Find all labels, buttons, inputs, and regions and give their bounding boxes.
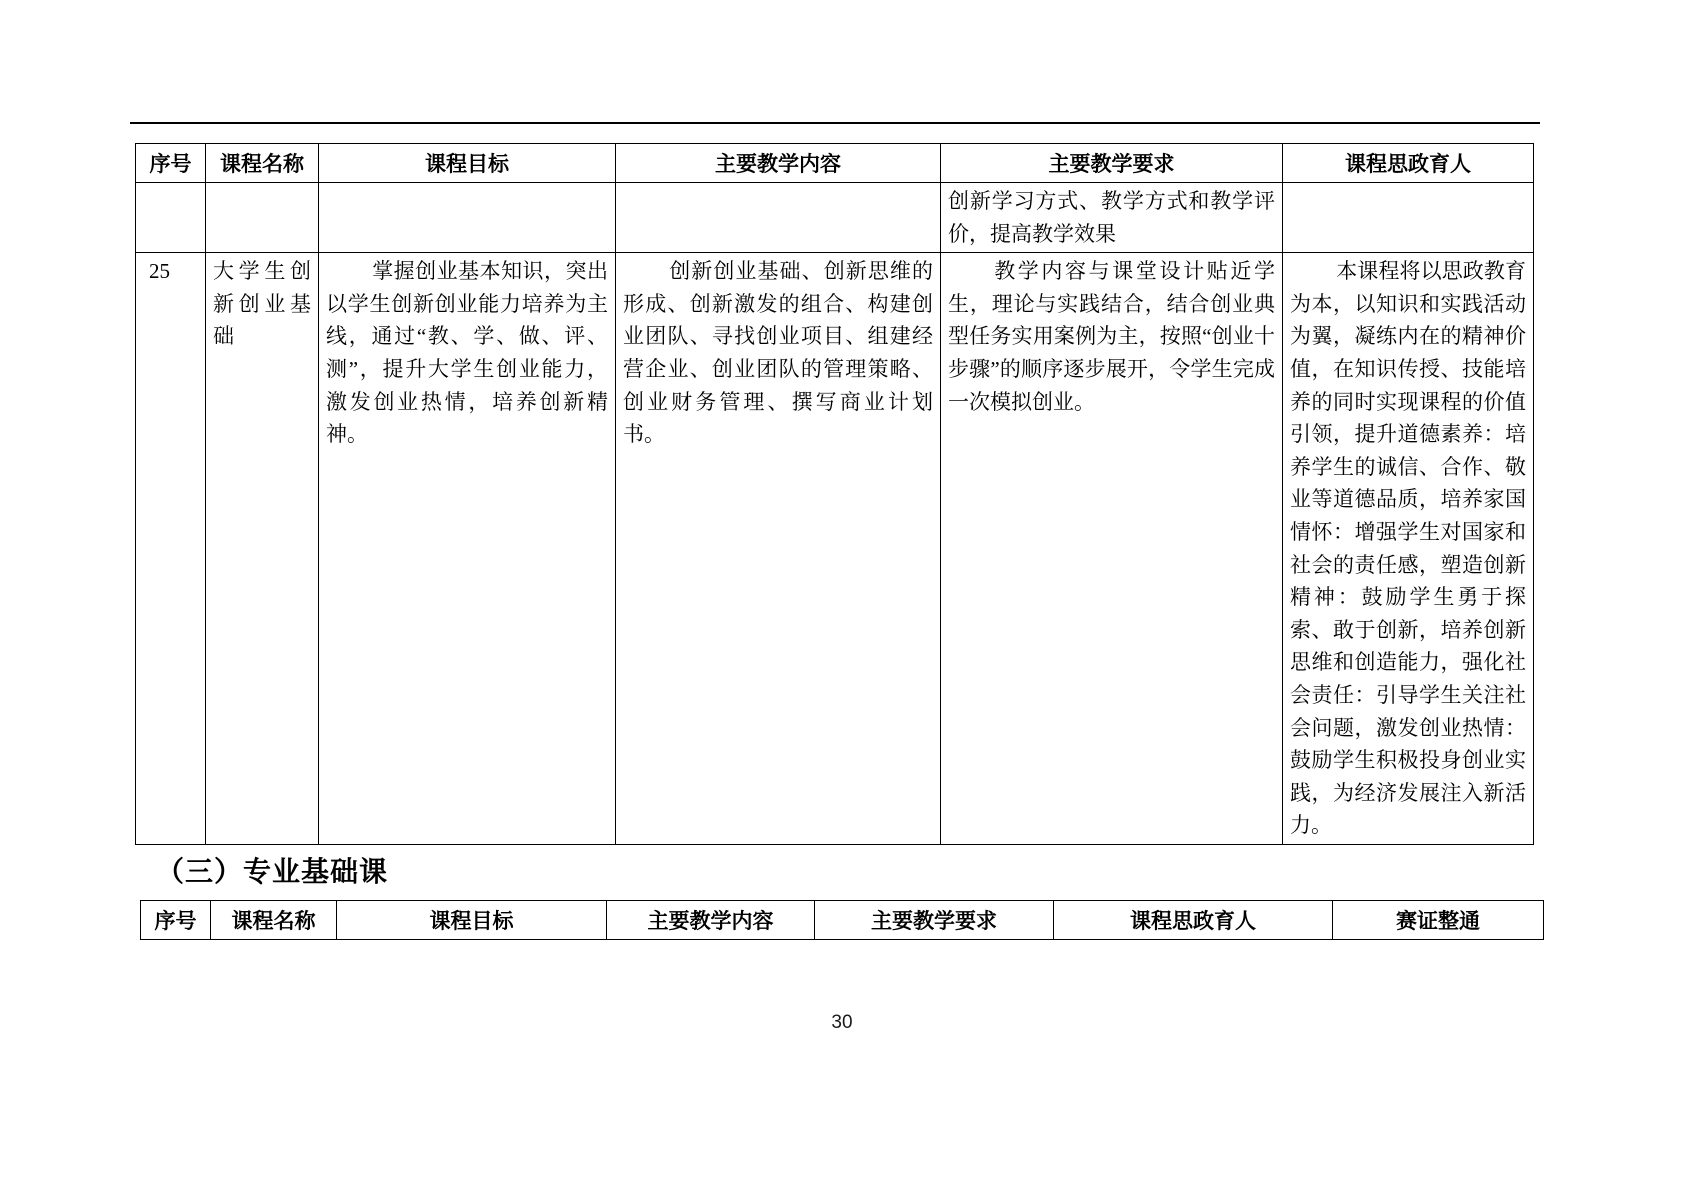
- cell-requirements: 教学内容与课堂设计贴近学生，理论与实践结合，结合创业典型任务实用案例为主，按照“…: [941, 253, 1283, 845]
- cell-course-name: 大学生创新创业基础: [206, 253, 319, 845]
- cell-objective: 掌握创业基本知识，突出以学生创新创业能力培养为主线，通过“教、学、做、评、测”，…: [319, 253, 616, 845]
- table2-header-objective: 课程目标: [337, 901, 607, 940]
- table2-header-competition-cert: 赛证整通: [1333, 901, 1544, 940]
- table2-header-ideology: 课程思政育人: [1054, 901, 1333, 940]
- ideology-text: 本课程将以思政教育为本，以知识和实践活动为翼，凝练内在的精神价值，在知识传授、技…: [1290, 255, 1526, 842]
- carry-cell-content: [616, 183, 941, 253]
- table1-row-25: 25 大学生创新创业基础 掌握创业基本知识，突出以学生创新创业能力培养为主线，通…: [136, 253, 1534, 845]
- professional-basic-course-table: 序号 课程名称 课程目标 主要教学内容 主要教学要求 课程思政育人 赛证整通: [140, 900, 1544, 940]
- course-name-text: 大学生创新创业基础: [213, 255, 311, 353]
- requirements-text: 教学内容与课堂设计贴近学生，理论与实践结合，结合创业典型任务实用案例为主，按照“…: [948, 255, 1275, 418]
- objective-text: 掌握创业基本知识，突出以学生创新创业能力培养为主线，通过“教、学、做、评、测”，…: [326, 255, 608, 451]
- carry-cell-ideology: [1283, 183, 1534, 253]
- table2-header-course-name: 课程名称: [211, 901, 337, 940]
- table2-header-row: 序号 课程名称 课程目标 主要教学内容 主要教学要求 课程思政育人 赛证整通: [141, 901, 1544, 940]
- section-heading: （三）专业基础课: [156, 850, 388, 890]
- table1-header-seq: 序号: [136, 144, 206, 183]
- table2-header-content: 主要教学内容: [607, 901, 815, 940]
- carry-cell-requirements: 创新学习方式、教学方式和教学评价，提高教学效果: [941, 183, 1283, 253]
- table1-header-row: 序号 课程名称 课程目标 主要教学内容 主要教学要求 课程思政育人: [136, 144, 1534, 183]
- course-table-continued: 序号 课程名称 课程目标 主要教学内容 主要教学要求 课程思政育人 创新学习方式…: [135, 143, 1534, 845]
- carry-cell-seq: [136, 183, 206, 253]
- table1-header-ideology: 课程思政育人: [1283, 144, 1534, 183]
- table2-header-requirements: 主要教学要求: [815, 901, 1054, 940]
- table2-header-seq: 序号: [141, 901, 211, 940]
- cell-content: 创新创业基础、创新思维的形成、创新激发的组合、构建创业团队、寻找创业项目、组建经…: [616, 253, 941, 845]
- table1-header-content: 主要教学内容: [616, 144, 941, 183]
- table1-header-requirements: 主要教学要求: [941, 144, 1283, 183]
- carryover-requirements-text: 创新学习方式、教学方式和教学评价，提高教学效果: [948, 185, 1275, 250]
- page-number: 30: [0, 1012, 1684, 1034]
- cell-ideology: 本课程将以思政教育为本，以知识和实践活动为翼，凝练内在的精神价值，在知识传授、技…: [1283, 253, 1534, 845]
- table1-header-objective: 课程目标: [319, 144, 616, 183]
- table1-carryover-row: 创新学习方式、教学方式和教学评价，提高教学效果: [136, 183, 1534, 253]
- content-text: 创新创业基础、创新思维的形成、创新激发的组合、构建创业团队、寻找创业项目、组建经…: [623, 255, 933, 451]
- document-page: 序号 课程名称 课程目标 主要教学内容 主要教学要求 课程思政育人 创新学习方式…: [0, 0, 1684, 1191]
- carry-cell-objective: [319, 183, 616, 253]
- cell-seq: 25: [136, 253, 206, 845]
- carry-cell-course-name: [206, 183, 319, 253]
- table1-header-course-name: 课程名称: [206, 144, 319, 183]
- header-rule: [130, 122, 1540, 124]
